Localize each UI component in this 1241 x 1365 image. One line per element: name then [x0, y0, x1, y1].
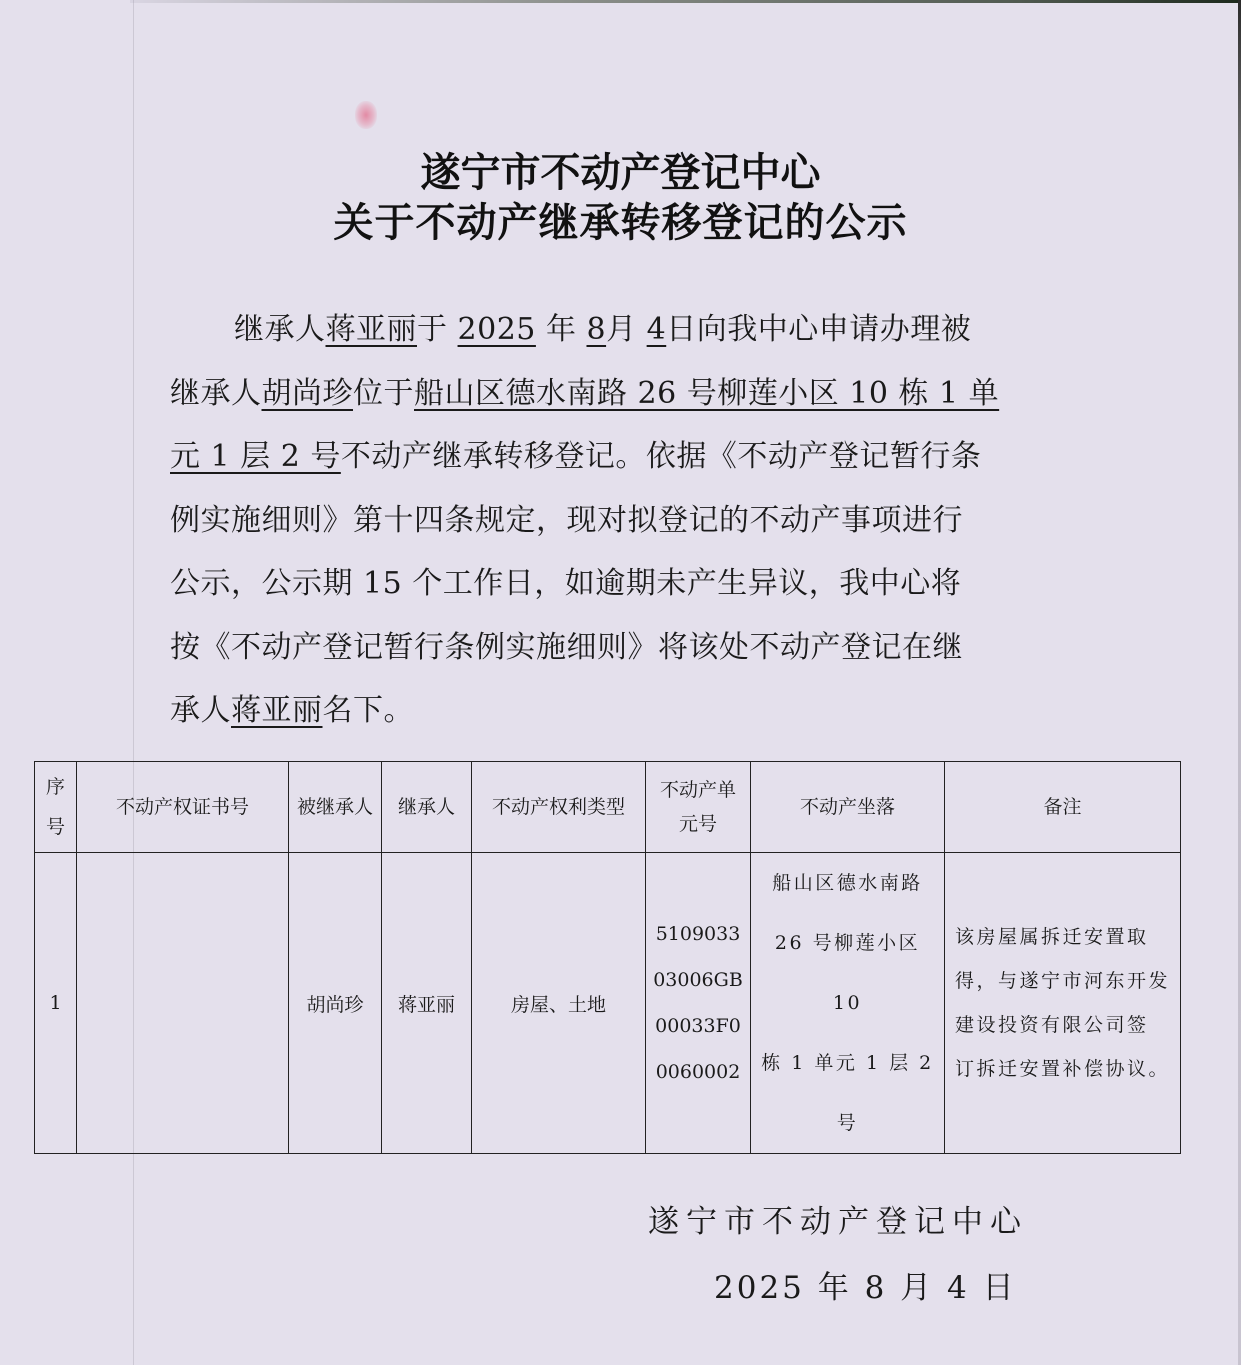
unit-no-line: 5109033 [646, 911, 750, 957]
table-header-row: 序 号 不动产权证书号 被继承人 继承人 不动产权利类型 不动产单 元号 不动产… [35, 762, 1181, 853]
notice-body: 继承人蒋亚丽于 2025 年 8月 4日向我中心申请办理被 继承人胡尚珍位于船山… [170, 298, 1040, 743]
location-line: 栋 1 单元 1 层 2 号 [757, 1033, 938, 1153]
header-seq: 序 号 [35, 762, 77, 853]
cell-seq: 1 [35, 853, 77, 1154]
apply-month: 8 [586, 312, 606, 347]
body-line-7: 承人蒋亚丽名下。 [170, 679, 1040, 743]
cell-heir: 蒋亚丽 [382, 853, 472, 1154]
text: 日向我中心申请办理被 [666, 312, 971, 347]
title-line-organization: 遂宁市不动产登记中心 [0, 148, 1241, 198]
body-line-1: 继承人蒋亚丽于 2025 年 8月 4日向我中心申请办理被 [170, 298, 1040, 362]
apply-day: 4 [647, 312, 667, 347]
decedent-name: 胡尚珍 [262, 376, 354, 411]
header-seq-line2: 号 [35, 807, 76, 847]
header-right-type: 不动产权利类型 [472, 762, 646, 853]
cell-right-type: 房屋、土地 [472, 853, 646, 1154]
header-seq-line1: 序 [35, 767, 76, 807]
header-unit-no-line1: 不动产单 [646, 773, 750, 807]
location-line: 船山区德水南路 [757, 853, 938, 913]
heir-name: 蒋亚丽 [326, 312, 418, 347]
text: 月 [606, 312, 647, 347]
text: 承人 [170, 693, 231, 728]
body-line-3: 元 1 层 2 号不动产继承转移登记。依据《不动产登记暂行条 [170, 425, 1040, 489]
text: 位于 [353, 376, 414, 411]
cell-unit-no: 5109033 03006GB 00033F0 0060002 [646, 853, 751, 1154]
cell-decedent: 胡尚珍 [289, 853, 382, 1154]
text: 于 [417, 312, 458, 347]
unit-no-line: 0060002 [646, 1049, 750, 1095]
remarks-line: 订拆迁安置补偿协议。 [955, 1047, 1170, 1091]
property-address-part2: 元 1 层 2 号 [170, 439, 341, 474]
body-line-6: 按《不动产登记暂行条例实施细则》将该处不动产登记在继 [170, 616, 1040, 680]
heir-name: 蒋亚丽 [231, 693, 323, 728]
body-line-5: 公示，公示期 15 个工作日，如逾期未产生异议，我中心将 [170, 552, 1040, 616]
property-address-part1: 船山区德水南路 26 号柳莲小区 10 栋 1 单 [414, 376, 999, 411]
header-unit-no: 不动产单 元号 [646, 762, 751, 853]
cell-remarks: 该房屋属拆迁安置取 得，与遂宁市河东开发 建设投资有限公司签 订拆迁安置补偿协议… [945, 853, 1181, 1154]
scan-edge-top [130, 0, 1241, 3]
header-location: 不动产坐落 [751, 762, 945, 853]
text: 名下。 [323, 693, 415, 728]
text: 不动产继承转移登记。依据《不动产登记暂行条 [341, 439, 982, 474]
issuing-organization: 遂宁市不动产登记中心 [648, 1196, 1028, 1241]
cell-cert-no [77, 853, 289, 1154]
remarks-line: 该房屋属拆迁安置取 [955, 915, 1170, 959]
header-heir: 继承人 [382, 762, 472, 853]
text: 年 [536, 312, 587, 347]
header-unit-no-line2: 元号 [646, 807, 750, 841]
remarks-line: 建设投资有限公司签 [955, 1003, 1170, 1047]
location-line: 26 号柳莲小区 10 [757, 913, 938, 1033]
table-row: 1 胡尚珍 蒋亚丽 房屋、土地 5109033 03006GB 00033F0 … [35, 853, 1181, 1154]
unit-no-line: 03006GB [646, 957, 750, 1003]
registration-table: 序 号 不动产权证书号 被继承人 继承人 不动产权利类型 不动产单 元号 不动产… [34, 761, 1181, 1154]
cell-location: 船山区德水南路 26 号柳莲小区 10 栋 1 单元 1 层 2 号 [751, 853, 945, 1154]
apply-year: 2025 [458, 312, 536, 347]
header-remarks: 备注 [945, 762, 1181, 853]
remarks-line: 得，与遂宁市河东开发 [955, 959, 1170, 1003]
issue-date: 2025 年 8 月 4 日 [714, 1262, 1017, 1307]
red-ink-mark [355, 101, 377, 129]
unit-no-line: 00033F0 [646, 1003, 750, 1049]
title-line-subject: 关于不动产继承转移登记的公示 [0, 198, 1241, 248]
text: 继承人 [234, 312, 326, 347]
header-decedent: 被继承人 [289, 762, 382, 853]
body-line-4: 例实施细则》第十四条规定，现对拟登记的不动产事项进行 [170, 489, 1040, 553]
header-cert-no: 不动产权证书号 [77, 762, 289, 853]
text: 继承人 [170, 376, 262, 411]
body-line-2: 继承人胡尚珍位于船山区德水南路 26 号柳莲小区 10 栋 1 单 [170, 362, 1040, 426]
document-title: 遂宁市不动产登记中心 关于不动产继承转移登记的公示 [0, 148, 1241, 248]
